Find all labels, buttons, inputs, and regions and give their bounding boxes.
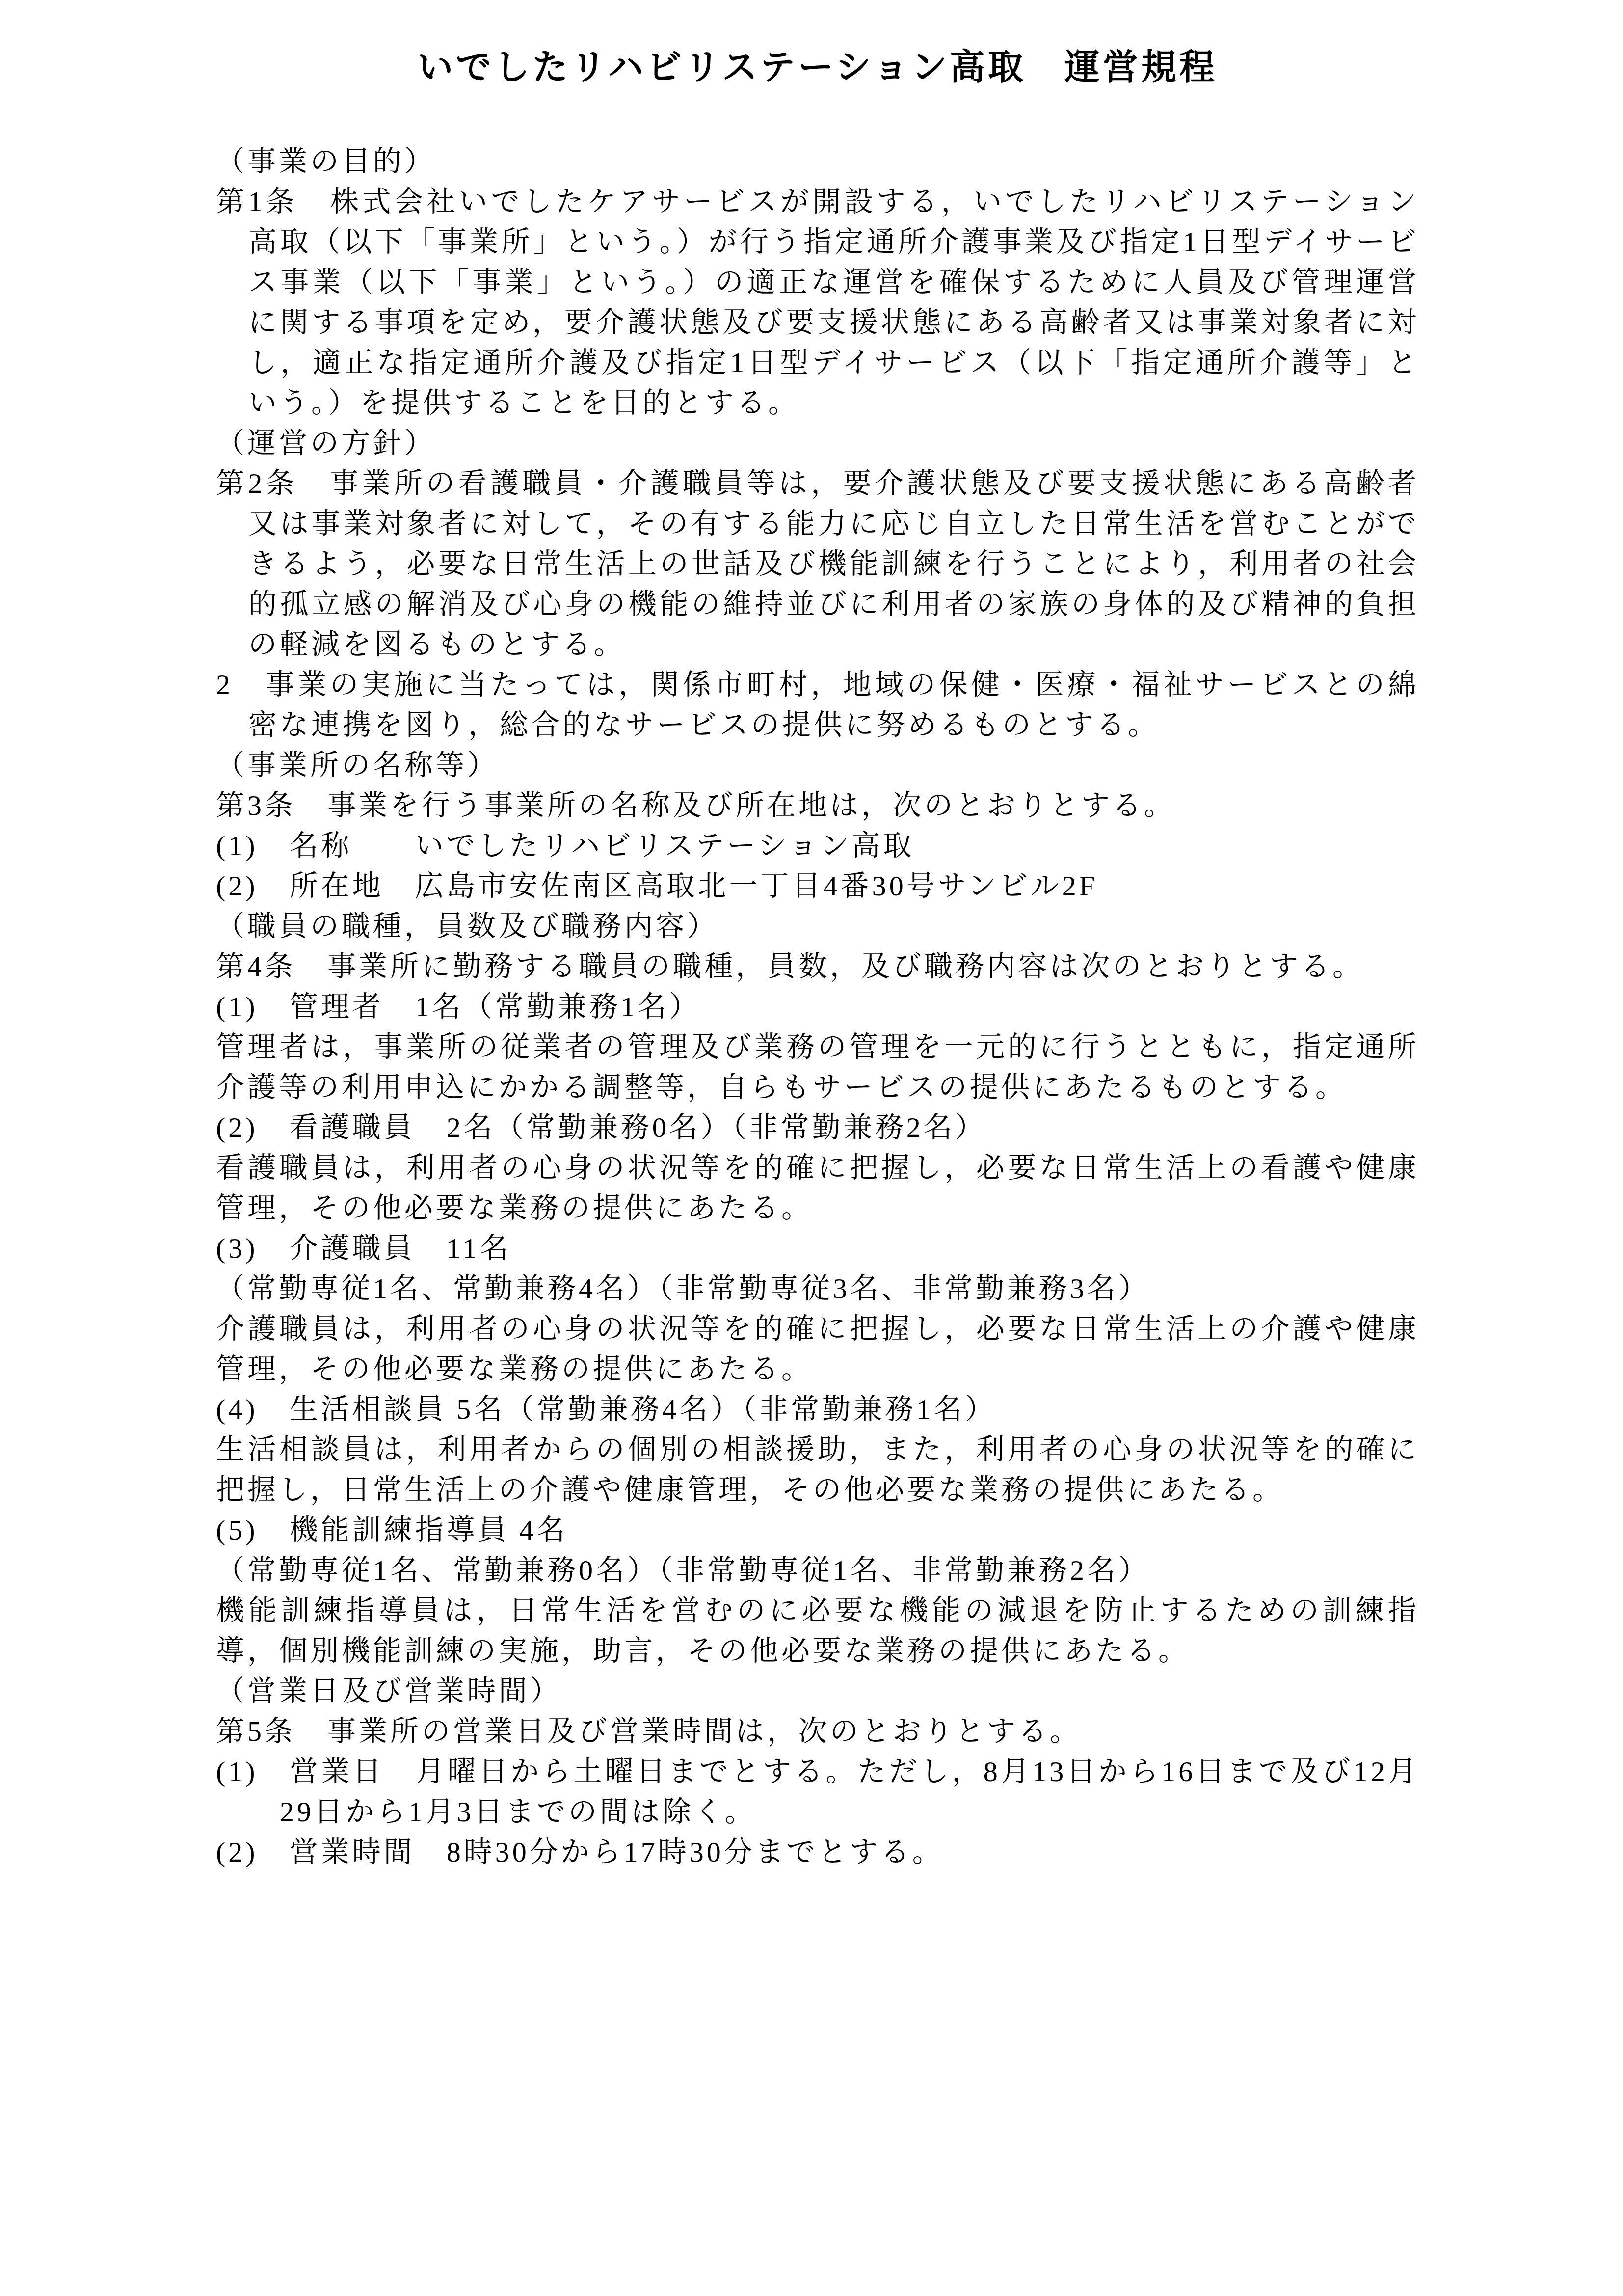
item-care-worker: (3) 介護職員 11名	[216, 1228, 1419, 1269]
item-function-trainer: (5) 機能訓練指導員 4名	[216, 1510, 1419, 1550]
article-4-staff: 第4条 事業所に勤務する職員の職種，員数，及び職務内容は次のとおりとする。	[216, 946, 1419, 987]
item-business-hours: (2) 営業時間 8時30分から17時30分までとする。	[216, 1832, 1419, 1872]
desc-life-counselor: 生活相談員は，利用者からの個別の相談援助，また，利用者の心身の状況等を的確に把握…	[216, 1430, 1419, 1510]
desc-function-trainer: 機能訓練指導員は，日常生活を営むのに必要な機能の減退を防止するための訓練指導，個…	[216, 1591, 1419, 1671]
article-2-paragraph-2: 2 事業の実施に当たっては，関係市町村，地域の保健・医療・福祉サービスとの綿密な…	[216, 665, 1419, 745]
item-life-counselor: (4) 生活相談員 5名（常勤兼務4名）（非常勤兼務1名）	[216, 1389, 1419, 1430]
desc-nurse: 看護職員は，利用者の心身の状況等を的確に把握し，必要な日常生活上の看護や健康管理…	[216, 1148, 1419, 1228]
sub-function-trainer-breakdown: （常勤専従1名、常勤兼務0名）（非常勤専従1名、非常勤兼務2名）	[216, 1550, 1419, 1591]
document-title: いでしたリハビリステーション高取 運営規程	[216, 38, 1419, 96]
desc-manager: 管理者は，事業所の従業者の管理及び業務の管理を一元的に行うとともに，指定通所介護…	[216, 1027, 1419, 1107]
desc-care-worker: 介護職員は，利用者の心身の状況等を的確に把握し，必要な日常生活上の介護や健康管理…	[216, 1309, 1419, 1389]
sub-care-worker-breakdown: （常勤専従1名、常勤兼務4名）（非常勤専従3名、非常勤兼務3名）	[216, 1269, 1419, 1309]
article-3-name-location: 第3条 事業を行う事業所の名称及び所在地は，次のとおりとする。	[216, 785, 1419, 826]
article-5-hours: 第5条 事業所の営業日及び営業時間は，次のとおりとする。	[216, 1711, 1419, 1752]
heading-business-purpose: （事業の目的）	[216, 141, 1419, 182]
article-2-policy: 第2条 事業所の看護職員・介護職員等は，要介護状態及び要支援状態にある高齢者又は…	[216, 463, 1419, 665]
item-office-name: (1) 名称 いでしたリハビリステーション高取	[216, 826, 1419, 866]
item-office-address: (2) 所在地 広島市安佐南区高取北一丁目4番30号サンビル2F	[216, 866, 1419, 906]
item-manager: (1) 管理者 1名（常勤兼務1名）	[216, 987, 1419, 1027]
heading-operation-policy: （運営の方針）	[216, 423, 1419, 463]
article-1-purpose: 第1条 株式会社いでしたケアサービスが開設する，いでしたリハビリステーション高取…	[216, 182, 1419, 423]
item-nurse: (2) 看護職員 2名（常勤兼務0名）（非常勤兼務2名）	[216, 1107, 1419, 1148]
heading-staff: （職員の職種，員数及び職務内容）	[216, 906, 1419, 946]
item-business-days: (1) 営業日 月曜日から土曜日までとする。ただし，8月13日から16日まで及び…	[216, 1752, 1419, 1832]
heading-business-hours: （営業日及び営業時間）	[216, 1671, 1419, 1711]
document-page: いでしたリハビリステーション高取 運営規程 （事業の目的） 第1条 株式会社いで…	[0, 0, 1623, 2296]
heading-office-name: （事業所の名称等）	[216, 745, 1419, 785]
